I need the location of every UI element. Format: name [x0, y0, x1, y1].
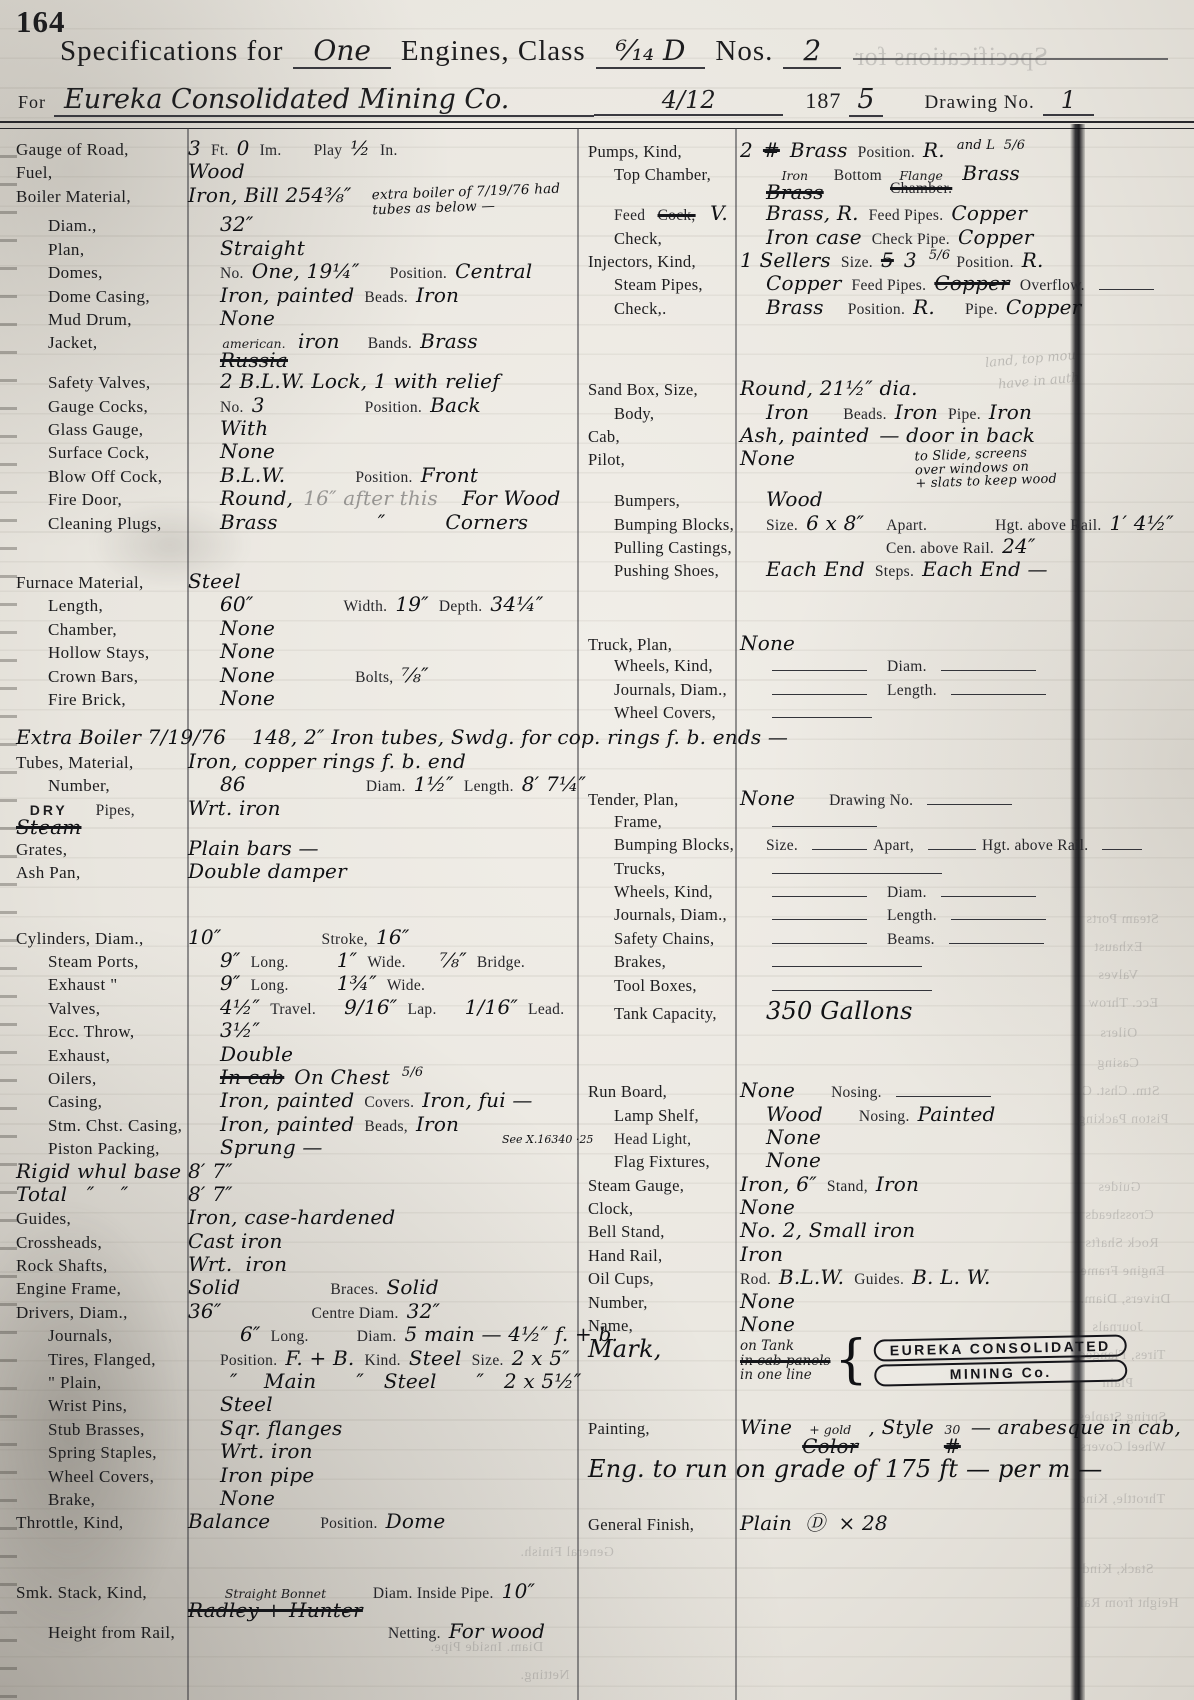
printed-label: Length. [887, 907, 937, 924]
row-journals: Journals,6″Long.Diam.5 main — 4½″ f. + b… [16, 1324, 574, 1347]
row-bumpers: Bumpers,Wood [588, 489, 1188, 512]
row-flag-fixtures-value: None [766, 1150, 1188, 1172]
row-general-finish-value: Plain Ⓓ × 28 [740, 1513, 1188, 1535]
bleedthrough-text: Plain [1102, 1376, 1133, 1392]
handwritten-entry: Iron [416, 1112, 459, 1136]
handwritten-note: to Slide, screens over windows on + slat… [914, 446, 1057, 492]
row-drivers-diam: Drivers, Diam.,36″Centre Diam.32″ [16, 1301, 574, 1324]
total-wheel-base-label: Total ″ ″ [16, 1184, 188, 1206]
printed-label: Diam. [887, 884, 927, 901]
row-grates-label: Grates, [16, 840, 188, 860]
row-truck-plan-value: None [740, 633, 1188, 655]
blank-rule [772, 704, 872, 718]
printed-label-struck: Cock, [658, 207, 696, 224]
row-clock-label: Clock, [588, 1199, 740, 1219]
printed-label: Position. [848, 301, 905, 318]
handwritten-entry: Eng. to run on grade of 175 ft — per m — [588, 1457, 1102, 1482]
row-fire-brick-value: None [220, 688, 574, 710]
handwritten-entry: Wood [188, 159, 245, 183]
row-oilers-value: In cabOn Chest5/6 [220, 1067, 574, 1089]
row-oilers-label: Oilers, [16, 1069, 220, 1089]
blank-rule [1102, 836, 1142, 850]
blank-rule [951, 906, 1046, 920]
handwritten-entry: 86 [220, 772, 246, 796]
row-ash-pan: Ash Pan,Double damper [16, 861, 574, 884]
row-number-label: Number, [588, 1293, 740, 1313]
row-length-value: 60″Width.19″Depth.34¼″ [220, 594, 574, 616]
handwritten-entry: Wine [740, 1415, 792, 1439]
row-wheels-kind-label: Wheels, Kind, [588, 882, 766, 902]
bleedthrough-text: Valves [1098, 968, 1138, 984]
handwritten-entry: None [220, 686, 275, 710]
handwritten-entry: 3 [188, 136, 201, 160]
bleedthrough-text: Drivers, Diam. [1080, 1292, 1171, 1308]
handwritten-entry: None [740, 1078, 795, 1102]
handwritten-entry: Iron, painted [220, 283, 354, 307]
printed-label: Steps. [875, 563, 914, 580]
row-bumping-blocks-label: Bumping Blocks, [588, 835, 766, 855]
handwritten-entry: 32″ [220, 212, 254, 236]
handwritten-entry: None [740, 1312, 795, 1336]
header-double-rule [0, 121, 1194, 129]
handwritten-entry: None [740, 1289, 795, 1313]
handwritten-entry: For Wood [462, 486, 560, 510]
row-mud-drum-value: None [220, 308, 574, 330]
bleedthrough-text: Journals [1092, 1320, 1143, 1336]
handwritten-entry: Brass [790, 138, 848, 162]
dry-pipes-value: Wrt. iron [188, 798, 574, 820]
blank-rule [951, 681, 1046, 695]
handwritten-entry: Steel [409, 1346, 462, 1370]
row-brake: Brake,None [16, 1488, 574, 1511]
row-tubes-material-label: Tubes, Material, [16, 753, 188, 773]
handwritten-entry: Brass [766, 295, 824, 319]
printed-label: Drawing No. [829, 792, 913, 809]
handwritten-entry: B.L.W. [220, 463, 285, 487]
blank-rule [941, 883, 1036, 897]
handwritten-entry: Round, [220, 486, 293, 510]
handwritten-superscript: and L 5/6 [957, 138, 1025, 153]
year-printed: 187 [805, 88, 841, 114]
row-sand-box-size-label: Sand Box, Size, [588, 380, 740, 400]
row-cylinders-diam-label: Cylinders, Diam., [16, 929, 188, 949]
handwritten-entry: 10″ [502, 1579, 536, 1603]
row-steam-ports-value: 9″Long.1″Wide.⅞″Bridge. [220, 950, 574, 972]
row-chamber: Chamber,None [16, 618, 574, 641]
handwritten-entry: Iron, painted [220, 1112, 354, 1136]
row-drivers-diam-label: Drivers, Diam., [16, 1303, 188, 1323]
row-flag-fixtures-label: Flag Fixtures, [588, 1152, 766, 1172]
row-diam: Diam.,32″ [16, 214, 574, 237]
title-quantity: One [293, 34, 391, 69]
bleedthrough-text: Crossheads [1085, 1208, 1154, 1224]
row-casing-value: Iron, paintedCovers.Iron, fui — [220, 1090, 574, 1112]
handwritten-entry: Iron, 6″ [740, 1172, 817, 1196]
handwritten-entry: Iron, fui — [422, 1088, 532, 1112]
bleedthrough-text: General Finish. [520, 1545, 614, 1561]
row-fire-door-value: Round,16″ after thisFor Wood [220, 488, 574, 510]
handwritten-entry: 4½″ [220, 995, 260, 1019]
handwritten-entry: On Chest [294, 1065, 390, 1089]
handwritten-entry: None [740, 631, 795, 655]
row-throttle-kind-label: Throttle, Kind, [16, 1513, 188, 1533]
handwritten-entry: 16″ [376, 925, 410, 949]
row-tubes-material-value: Iron, copper rings f. b. end [188, 751, 574, 773]
row-body-label: Body, [588, 404, 766, 424]
row-crown-bars-label: Crown Bars, [16, 667, 220, 687]
row-pumps-kind: Pumps, Kind,2#BrassPosition.R.and L 5/6 [588, 140, 1188, 163]
handwritten-entry: ″ Main [230, 1369, 316, 1393]
row-tender-plan-label: Tender, Plan, [588, 790, 740, 810]
row-jacket-label: Jacket, [16, 333, 220, 353]
row-injectors-kind-value: 1 SellersSize.535/6Position.R. [740, 250, 1188, 272]
row-check-value: Iron caseCheck Pipe.Copper [766, 227, 1188, 249]
handwritten-entry: Straight [220, 236, 305, 260]
handwritten-entry: None [740, 786, 795, 810]
handwritten-entry: 6″ [240, 1322, 261, 1346]
row-steam-ports: Steam Ports,9″Long.1″Wide.⅞″Bridge. [16, 950, 574, 973]
handwritten-entry: 10″ [188, 925, 222, 949]
row-rock-shafts-value: Wrt. iron [188, 1254, 574, 1276]
handwritten-entry: Iron [895, 400, 938, 424]
row-exhaust-value: 9″Long.1¾″Wide. [220, 973, 574, 995]
row-check-value: BrassPosition.R.Pipe.Copper [766, 297, 1188, 319]
handwritten-entry: 2 x 5″ [512, 1346, 570, 1370]
row-bumping-blocks: Bumping Blocks,Size.6 x 8″Apart.Hgt. abo… [588, 513, 1188, 536]
row-length-label: Length, [16, 596, 220, 616]
blank-rule [927, 791, 1012, 805]
inserted-correction: IronBrass [766, 170, 824, 203]
printed-label: Guides. [854, 1271, 904, 1288]
company-name: Eureka Consolidated Mining Co. [54, 84, 594, 117]
row-top-chamber: Top Chamber,IronBrassBottomFlangeChamber… [588, 163, 1188, 203]
title-class: ⁶⁄₁₄ D [596, 34, 706, 69]
blank-rule [772, 883, 867, 897]
row-crossheads-value: Cast iron [188, 1231, 574, 1253]
row-pumps-kind-value: 2#BrassPosition.R.and L 5/6 [740, 140, 1188, 162]
blank-rule [772, 657, 867, 671]
printed-label: Beads. [364, 289, 408, 306]
row-boiler-material-value: Iron, Bill 254⅜″extra boiler of 7/19/76 … [188, 185, 574, 215]
handwritten-entry: 5 main — 4½″ f. + b. [405, 1322, 619, 1346]
row-check-label: Check,. [588, 299, 766, 319]
row-oilers: Oilers,In cabOn Chest5/6 [16, 1067, 574, 1090]
row-stub-brasses-value: Sqr. flanges [220, 1418, 574, 1440]
row-stm-chst-casing: Stm. Chst. Casing,Iron, paintedBeads,Iro… [16, 1114, 574, 1137]
handwritten-entry: Each End [766, 557, 865, 581]
rigid-wheel-base-value: 8′ 7″ [188, 1161, 574, 1183]
handwritten-entry: 9″ [220, 971, 241, 995]
row-throttle-kind-value: BalancePosition.Dome [188, 1511, 574, 1533]
printed-label: Diam. [887, 658, 927, 675]
row-spring-staples: Spring Staples,Wrt. iron [16, 1441, 574, 1464]
row-frame-value [766, 813, 1188, 832]
row-hollow-stays-value: None [220, 641, 574, 663]
row-pulling-castings-value: Cen. above Rail.24″ [766, 536, 1188, 558]
blank-rule [772, 977, 932, 991]
row-guides-label: Guides, [16, 1209, 188, 1229]
row-tires-flanged: Tires, Flanged,Position.F. + B.Kind.Stee… [16, 1348, 574, 1371]
handwritten-entry: 1 Sellers [740, 248, 831, 272]
row-lamp-shelf-label: Lamp Shelf, [588, 1106, 766, 1126]
bleedthrough-text: Ecc. Throw [1088, 996, 1158, 1012]
row-safety-valves: Safety Valves,2 B.L.W. Lock, 1 with reli… [16, 371, 574, 394]
handwritten-entry: Each End — [922, 557, 1048, 581]
row-injectors-kind: Injectors, Kind,1 SellersSize.535/6Posit… [588, 250, 1188, 273]
row-exhaust-label: Exhaust, [16, 1046, 220, 1066]
printed-label: Size. [841, 254, 873, 271]
row-piston-packing: Piston Packing,Sprung — [16, 1137, 574, 1160]
row-journals-label: Journals, [16, 1326, 220, 1346]
bleedthrough-text: Netting. [520, 1668, 570, 1684]
printed-label: Nosing. [859, 1108, 910, 1125]
handwritten-entry: 350 Gallons [766, 997, 913, 1025]
printed-label: Depth. [439, 598, 483, 615]
row-pilot: Pilot,Noneto Slide, screens over windows… [588, 448, 1188, 489]
head-light-value: None [766, 1127, 1188, 1149]
row-surface-cock-label: Surface Cock, [16, 443, 220, 463]
handwritten-entry: Iron, Bill 254⅜″ [188, 183, 352, 207]
handwritten-entry: 1½″ [414, 772, 454, 796]
row-truck-plan: Truck, Plan,None [588, 633, 1188, 656]
handwritten-entry: Copper [766, 271, 842, 295]
blank-rule [772, 953, 922, 967]
row-top-chamber-value: IronBrassBottomFlangeChamber.Brass [766, 163, 1188, 203]
row-ecc-throw: Ecc. Throw,3½″ [16, 1020, 574, 1043]
row-journals-diam-label: Journals, Diam., [588, 680, 766, 700]
bleedthrough-text: Spring Staples [1078, 1410, 1166, 1426]
handwritten-entry: F. + B. [285, 1346, 354, 1370]
row-pilot-label: Pilot, [588, 450, 740, 470]
printed-label: Lead. [528, 1001, 564, 1018]
row-bumpers-value: Wood [766, 489, 1188, 511]
row-gauge-of-road: Gauge of Road,3Ft.0Im.Play½In. [16, 138, 574, 161]
row-steam-pipes-value: CopperFeed Pipes.CopperOverflow. [766, 273, 1188, 295]
handwritten-note: extra boiler of 7/19/76 had tubes as bel… [371, 182, 560, 218]
row-fuel-value: Wood [188, 161, 574, 183]
handwritten-entry: None [220, 639, 275, 663]
handwritten-entry: 3 [252, 393, 265, 417]
handwritten-entry: Wood [766, 1102, 823, 1126]
row-hollow-stays: Hollow Stays,None [16, 641, 574, 664]
row-journals-value: 6″Long.Diam.5 main — 4½″ f. + b. [220, 1324, 628, 1346]
row-wrist-pins-label: Wrist Pins, [16, 1396, 220, 1416]
row-tank-capacity-label: Tank Capacity, [588, 1004, 766, 1024]
drawing-no-label: Drawing No. [925, 92, 1035, 114]
row-chamber-value: None [220, 618, 574, 640]
handwritten-entry: 8′ 7″ [188, 1159, 233, 1183]
printed-label: Lap. [407, 1001, 436, 1018]
row-cab-value: Ash, painted— door in back [740, 425, 1188, 447]
row-check: Check,.BrassPosition.R.Pipe.Copper [588, 297, 1188, 320]
row-domes-value: No.One, 19¼″Position.Central [220, 261, 574, 283]
row-wheels-kind-label: Wheels, Kind, [588, 656, 766, 676]
handwritten-entry: Wrt. iron [188, 796, 281, 820]
bleedthrough-text: Stack, Kind [1082, 1562, 1154, 1578]
row-brake-value: None [220, 1488, 574, 1510]
handwritten-entry: Plain Ⓓ × 28 [740, 1511, 888, 1535]
row-steam-gauge-label: Steam Gauge, [588, 1176, 740, 1196]
bleedthrough-text: Steam Ports [1086, 912, 1159, 928]
row-mud-drum-label: Mud Drum, [16, 310, 220, 330]
handwritten-entry: 8′ 7″ [188, 1182, 233, 1206]
row-smk-stack-kind-label: Smk. Stack, Kind, [16, 1583, 188, 1603]
bleedthrough-text: Height from Rail [1075, 1596, 1179, 1612]
printed-label: Beams. [887, 931, 935, 948]
printed-label: Diam. [366, 778, 406, 795]
row-guides-value: Iron, case-hardened [188, 1207, 574, 1229]
row-number: Number,86Diam.1½″Length.8′ 7¼″ [16, 774, 574, 797]
row-trucks-value [766, 860, 1188, 879]
row-bumpers-label: Bumpers, [588, 491, 766, 511]
printed-label: Kind. [364, 1352, 400, 1369]
row-wheel-covers-label: Wheel Covers, [16, 1467, 220, 1487]
handwritten-entry: Iron, painted [220, 1088, 354, 1112]
handwritten-entry: Iron [740, 1242, 783, 1266]
handwritten-entry: Sqr. flanges [220, 1416, 343, 1440]
row-plain-value: ″ Main″ Steel″ 2 x 5½″ [220, 1371, 592, 1393]
bleedthrough-text: Wheel Covers [1080, 1440, 1166, 1456]
drawing-number: 1 [1043, 86, 1094, 116]
handwritten-entry: 1′ 4½″ [1110, 511, 1174, 535]
printed-label: Rod. [740, 1271, 771, 1288]
handwritten-entry: iron [298, 329, 340, 353]
row-gauge-cocks-label: Gauge Cocks, [16, 397, 220, 417]
printed-label: Feed Pipes. [869, 207, 944, 224]
blank-rule [772, 860, 942, 874]
handwritten-entry: Round, 21½″ dia. [740, 376, 918, 400]
handwritten-entry: 2 B.L.W. Lock, 1 with relief [220, 369, 500, 393]
row-exhaust-value: Double [220, 1044, 574, 1066]
row-wheels-kind-value: Diam. [766, 883, 1188, 902]
handwritten-entry: None [220, 439, 275, 463]
printed-label: Beads, [364, 1118, 408, 1135]
handwritten-entry: Iron [766, 400, 809, 424]
handwritten-struck: 5 [881, 248, 894, 272]
row-blow-off-cock: Blow Off Cock,B.L.W.Position.Front [16, 465, 574, 488]
blank-rule [772, 930, 867, 944]
inserted-correction: DRYSteam [16, 804, 81, 838]
handwritten-entry: 1″ [337, 948, 358, 972]
row-tender-plan: Tender, Plan,NoneDrawing No. [588, 788, 1188, 811]
printed-label: Pipe. [965, 301, 998, 318]
handwritten-entry: Wrt. iron [188, 1252, 287, 1276]
row-furnace-material-value: Steel [188, 571, 574, 593]
handwritten-entry: ″ Steel [356, 1369, 436, 1393]
handwritten-entry: R. [923, 138, 945, 162]
printed-label: Size. [472, 1352, 504, 1369]
bleedthrough-text: Rock Shafts [1085, 1236, 1159, 1252]
bleedthrough-text: Specifications for [855, 42, 1048, 72]
row-fuel-label: Fuel, [16, 163, 188, 183]
printed-label: Hgt. above Rail. [995, 517, 1101, 534]
row-glass-gauge: Glass Gauge,With [16, 418, 574, 441]
row-general-finish: General Finish,Plain Ⓓ × 28 [588, 1513, 1188, 1536]
printed-label: Diam. [357, 1328, 397, 1345]
row-wrist-pins: Wrist Pins,Steel [16, 1394, 574, 1417]
handwritten-superscript: 5/6 [929, 248, 951, 263]
handwritten-entry: 60″ [220, 592, 254, 616]
handwritten-entry: 3 [904, 248, 917, 272]
handwritten-entry: Ash, painted [740, 423, 869, 447]
row-cleaning-plugs: Cleaning Plugs,Brass″Corners [16, 512, 574, 535]
row-pulling-castings-label: Pulling Castings, [588, 538, 766, 558]
printed-label: Apart. [886, 517, 927, 534]
handwritten-entry: None [220, 1486, 275, 1510]
row-tool-boxes-label: Tool Boxes, [588, 976, 766, 996]
row-spring-staples-value: Wrt. iron [220, 1441, 574, 1463]
row-valves-label: Valves, [16, 999, 220, 1019]
handwritten-entry: Wrt. iron [220, 1439, 313, 1463]
row-steam-pipes-label: Steam Pipes, [588, 275, 766, 295]
title-nos-label: Nos. [715, 35, 773, 68]
dry-pipes: DRYSteam Pipes,Wrt. iron [16, 798, 574, 838]
row-wheels-kind: Wheels, Kind,Diam. [588, 882, 1188, 905]
handwritten-entry: Sprung — [220, 1135, 323, 1159]
printed-label: Cen. above Rail. [886, 540, 994, 557]
row-journals-diam-value: Length. [766, 681, 1188, 700]
row-bumping-blocks-value: Size.6 x 8″Apart.Hgt. above Rail.1′ 4½″ [766, 513, 1188, 535]
dry-pipes-label: DRYSteam Pipes, [16, 800, 188, 838]
feed-cock-label: Feed Cock, V. [588, 203, 766, 225]
row-cab: Cab,Ash, painted— door in back [588, 425, 1188, 448]
row-fire-brick-label: Fire Brick, [16, 690, 220, 710]
row-grates-value: Plain bars — [188, 838, 574, 860]
row-wheel-covers-value [766, 704, 1188, 723]
handwritten-faint: 16″ after this [303, 486, 438, 510]
printed-label: Beads. [843, 406, 887, 423]
row-number-value: 86Diam.1½″Length.8′ 7¼″ [220, 774, 596, 796]
handwritten-entry: ⅞″ [440, 948, 467, 972]
handwritten-entry: Iron, copper rings f. b. end [188, 749, 466, 773]
row-dome-casing-value: Iron, paintedBeads.Iron [220, 285, 574, 307]
row-gauge-of-road-label: Gauge of Road, [16, 140, 188, 160]
title-prefix: Specifications for [60, 35, 283, 68]
margin-rule-ticks [0, 130, 17, 1700]
row-oil-cups-label: Oil Cups, [588, 1269, 740, 1289]
handwritten-entry: 8′ 7¼″ [522, 772, 586, 796]
row-grates: Grates,Plain bars — [16, 838, 574, 861]
handwritten-entry: ½ [350, 136, 370, 160]
printed-label: Long. [271, 1328, 309, 1345]
row-plain-label: " Plain, [16, 1373, 220, 1393]
printed-label: Length. [887, 682, 937, 699]
row-guides: Guides,Iron, case-hardened [16, 1207, 574, 1230]
printed-label: Size. [766, 517, 798, 534]
row-trucks: Trucks, [588, 859, 1188, 882]
row-wheel-covers: Wheel Covers, [588, 703, 1188, 726]
handwritten-entry: 3½″ [220, 1018, 260, 1042]
blank-rule [896, 1083, 991, 1097]
row-chamber-label: Chamber, [16, 620, 220, 640]
handwritten-entry: None [220, 306, 275, 330]
blank-rule [928, 836, 976, 850]
handwritten-entry: 34¼″ [490, 592, 543, 616]
row-drivers-diam-value: 36″Centre Diam.32″ [188, 1301, 574, 1323]
handwritten-entry: Solid [387, 1275, 439, 1299]
row-ash-pan-value: Double damper [188, 861, 574, 883]
printed-label: Position. [365, 399, 422, 416]
printed-label: In. [380, 142, 398, 159]
row-plan-label: Plan, [16, 240, 220, 260]
row-fuel: Fuel,Wood [16, 161, 574, 184]
row-jacket: Jacket,american.RussiaironBands.Brass [16, 331, 574, 371]
handwritten-entry: Brass, R. [766, 201, 859, 225]
handwritten-entry: B. L. W. [912, 1265, 990, 1289]
row-crossheads: Crossheads,Cast iron [16, 1231, 574, 1254]
printed-label: Width. [344, 598, 388, 615]
bleedthrough-text: Throttle, Kind [1078, 1492, 1165, 1508]
